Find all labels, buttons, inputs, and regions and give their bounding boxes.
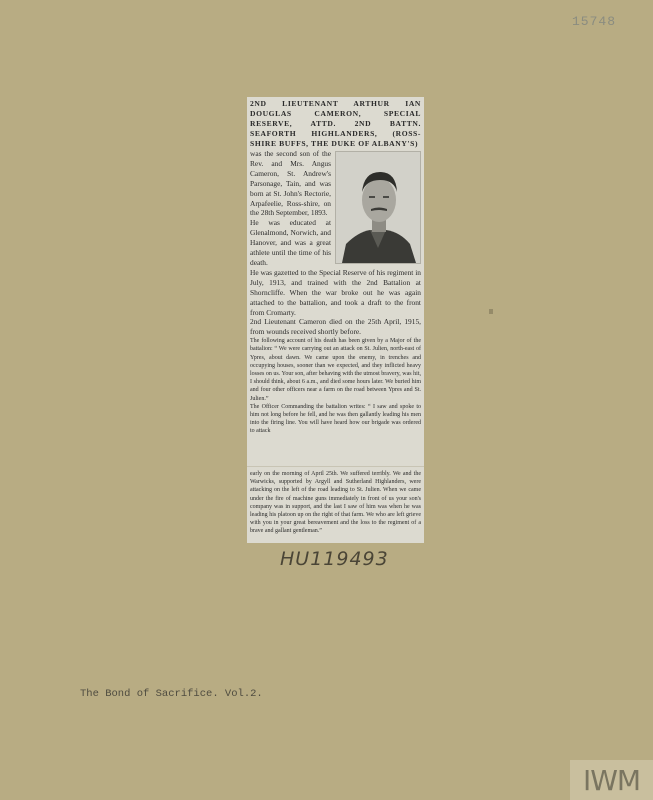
archive-mount-board: 15748 2nd Lieutenant Arthur Ian Douglas … [0,0,653,800]
clipping-paragraph-service: He was gazetted to the Special Reserve o… [250,268,421,318]
clipping-paragraph-co-letter-end: early on the morning of April 25th. We s… [250,470,421,536]
iwm-watermark-logo: IWM [570,760,653,800]
clipping-headline: 2nd Lieutenant Arthur Ian Douglas Camero… [250,99,421,149]
newspaper-clipping-lower: early on the morning of April 25th. We s… [247,466,424,543]
paper-blemish [489,309,493,314]
source-caption: The Bond of Sacrifice. Vol.2. [80,688,263,700]
newspaper-clipping-upper: 2nd Lieutenant Arthur Ian Douglas Camero… [247,97,424,466]
portrait-icon [336,152,420,263]
handwritten-reference-number: HU119493 [280,548,389,570]
clipping-paragraph-co-letter-start: The Officer Commanding the battalion wri… [250,403,421,436]
clipping-paragraph-major-account: The following account of his death has b… [250,337,421,403]
accession-number: 15748 [572,14,616,29]
clipping-paragraph-death: 2nd Lieutenant Cameron died on the 25th … [250,317,421,337]
clipping-intro-with-photo: was the second son of the Rev. and Mrs. … [250,149,421,268]
portrait-photo [335,151,421,264]
